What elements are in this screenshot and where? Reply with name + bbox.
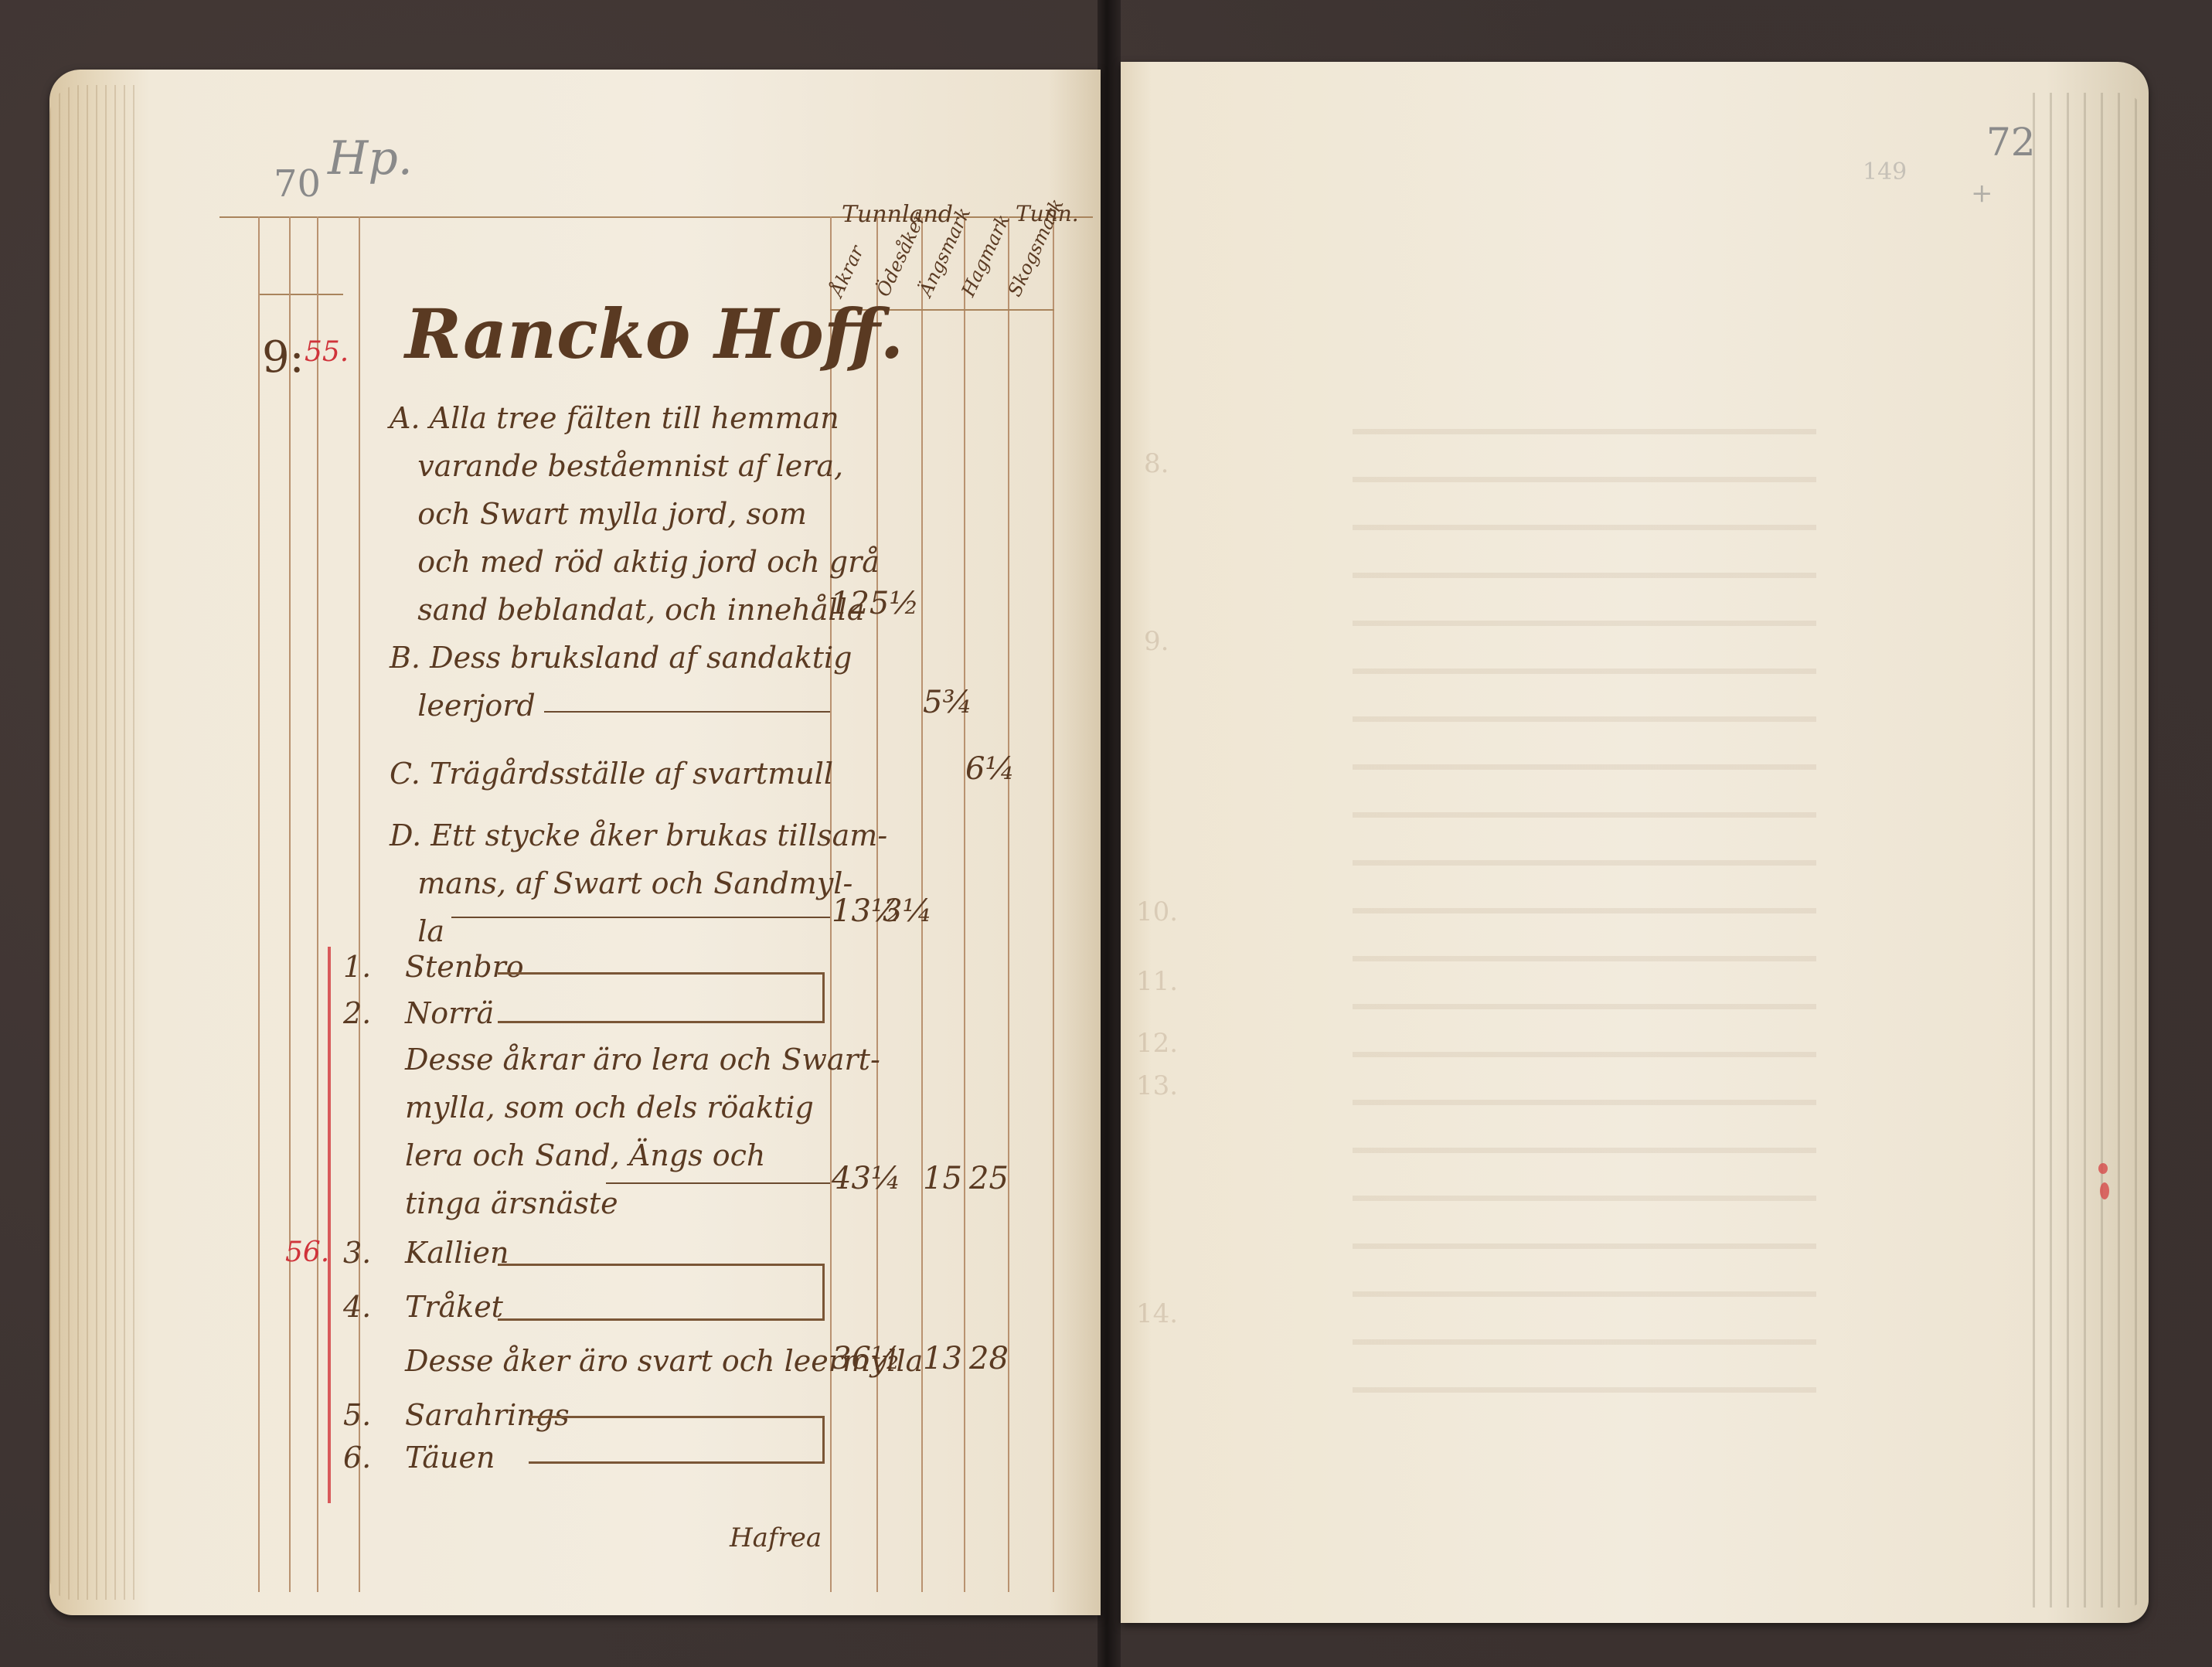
faint-pencil-note: 149 [1863, 158, 1907, 185]
catchword: Hafrea [730, 1522, 822, 1553]
col-group-header-1: Tunnland [842, 201, 953, 228]
item-3-name: Kallien [405, 1229, 509, 1277]
entry-line: leerjord [417, 689, 535, 723]
entry-line: och med röd aktig jord och grå [417, 545, 880, 579]
entry-line: mylla, som och dels röaktig [405, 1090, 814, 1124]
leader-line [544, 711, 830, 713]
margin-line-2 [289, 216, 291, 1592]
entry-line: lera och Sand, Ängs och [405, 1138, 765, 1172]
group-bracket [529, 1416, 825, 1464]
entry-label: A. [390, 401, 420, 435]
red-brace [328, 947, 331, 1503]
amount-34-1: 36½ [832, 1341, 901, 1376]
entry-line: Alla tree fälten till hemman [430, 401, 839, 435]
entry-line: mans, af Swart och Sandmyl- [417, 866, 852, 900]
entry-c: C. Trägårdsställe af svartmull [390, 750, 833, 798]
page-title: Rancko Hoff. [405, 294, 904, 374]
item-6-name: Täuen [405, 1434, 495, 1482]
red-ref-number-lower: 56. [285, 1237, 329, 1268]
red-ref-number: 55. [305, 336, 349, 368]
amount-a-1: 125½ [830, 586, 919, 621]
amount-col-line-5 [1008, 216, 1009, 1592]
amount-col-line-6 [1053, 216, 1054, 1592]
entry-line: Dess bruksland af sandaktig [430, 641, 852, 675]
leader-line [606, 1182, 830, 1184]
entry-line: tinga ärsnäste [405, 1186, 618, 1220]
amount-12-2: 15 [923, 1161, 962, 1196]
entry-line: och Swart mylla jord, som [417, 497, 807, 531]
faint-row-number: 14. [1136, 1298, 1178, 1329]
item-number-6: 6. [343, 1434, 371, 1482]
entry-label: C. [390, 757, 420, 791]
book-spine [1097, 0, 1121, 1667]
left-page: 70 Hp. Tunnland Tunn. Åkrar Ödesåker Äng… [49, 70, 1101, 1615]
folio-number-left: 70 [274, 162, 321, 206]
item-4-name: Tråket [405, 1283, 503, 1331]
right-page: 72 149 + 8. 9. 10. 11. 12. 13. 14. [1121, 62, 2149, 1623]
left-page-edges [49, 85, 142, 1600]
text-margin-line [359, 216, 360, 1592]
margin-line-1 [258, 216, 260, 1592]
amount-b-1: 5¾ [923, 685, 972, 720]
red-ink-mark [2100, 1182, 2109, 1199]
faint-row-number: 9. [1144, 626, 1169, 657]
margin-rule [258, 294, 343, 295]
amount-col-line-4 [964, 216, 965, 1592]
red-ink-mark [2098, 1163, 2108, 1174]
folio-number-right: 72 [1986, 120, 2036, 165]
pencil-cross-mark: + [1971, 178, 1993, 209]
group-bracket [498, 972, 825, 1023]
amount-12-3: 25 [969, 1161, 1009, 1196]
item-number-3: 3. [343, 1229, 371, 1277]
item-number-2: 2. [343, 989, 371, 1037]
amount-34-3: 28 [969, 1341, 1009, 1376]
entry-d: D. Ett stycke åker brukas tillsam- mans,… [390, 811, 887, 955]
entry-line: Trägårdsställe af svartmull [430, 757, 833, 791]
margin-line-3 [317, 216, 318, 1592]
bleed-through-text [1353, 386, 1816, 1430]
leader-line [451, 917, 830, 918]
faint-row-number: 12. [1136, 1028, 1178, 1059]
item-number-5: 5. [343, 1391, 371, 1439]
item-number-1: 1. [343, 943, 371, 991]
entry-line: varande beståemnist af lera, [417, 449, 843, 483]
right-page-edges [2033, 93, 2149, 1607]
entry-1-2-desc: Desse åkrar äro lera och Swart- mylla, s… [405, 1036, 880, 1227]
group-bracket [498, 1264, 825, 1321]
amount-c-1: 6¼ [965, 751, 1015, 787]
faint-row-number: 8. [1144, 448, 1169, 479]
amount-12-1: 43¼ [832, 1161, 901, 1196]
faint-row-number: 10. [1136, 896, 1178, 927]
faint-row-number: 11. [1136, 966, 1178, 997]
entry-line: Desse åkrar äro lera och Swart- [405, 1043, 880, 1077]
col-header-1: Åkrar [826, 243, 869, 300]
item-number-4: 4. [343, 1283, 371, 1331]
amount-34-2: 13 [923, 1341, 962, 1376]
entry-a: A. Alla tree fälten till hemman varande … [390, 394, 880, 634]
faint-row-number: 13. [1136, 1070, 1178, 1101]
entry-line: sand beblandat, och innehålla [417, 593, 864, 627]
amount-d-2: 3¼ [883, 893, 932, 929]
entry-line: Ett stycke åker brukas tillsam- [430, 818, 887, 852]
entry-b: B. Dess bruksland af sandaktig leerjord [390, 634, 852, 730]
entry-label: B. [390, 641, 420, 675]
row-number: 9: [262, 332, 305, 383]
pencil-note: Hp. [328, 131, 413, 185]
item-2-name: Norrä [405, 989, 494, 1037]
entry-label: D. [390, 818, 421, 852]
